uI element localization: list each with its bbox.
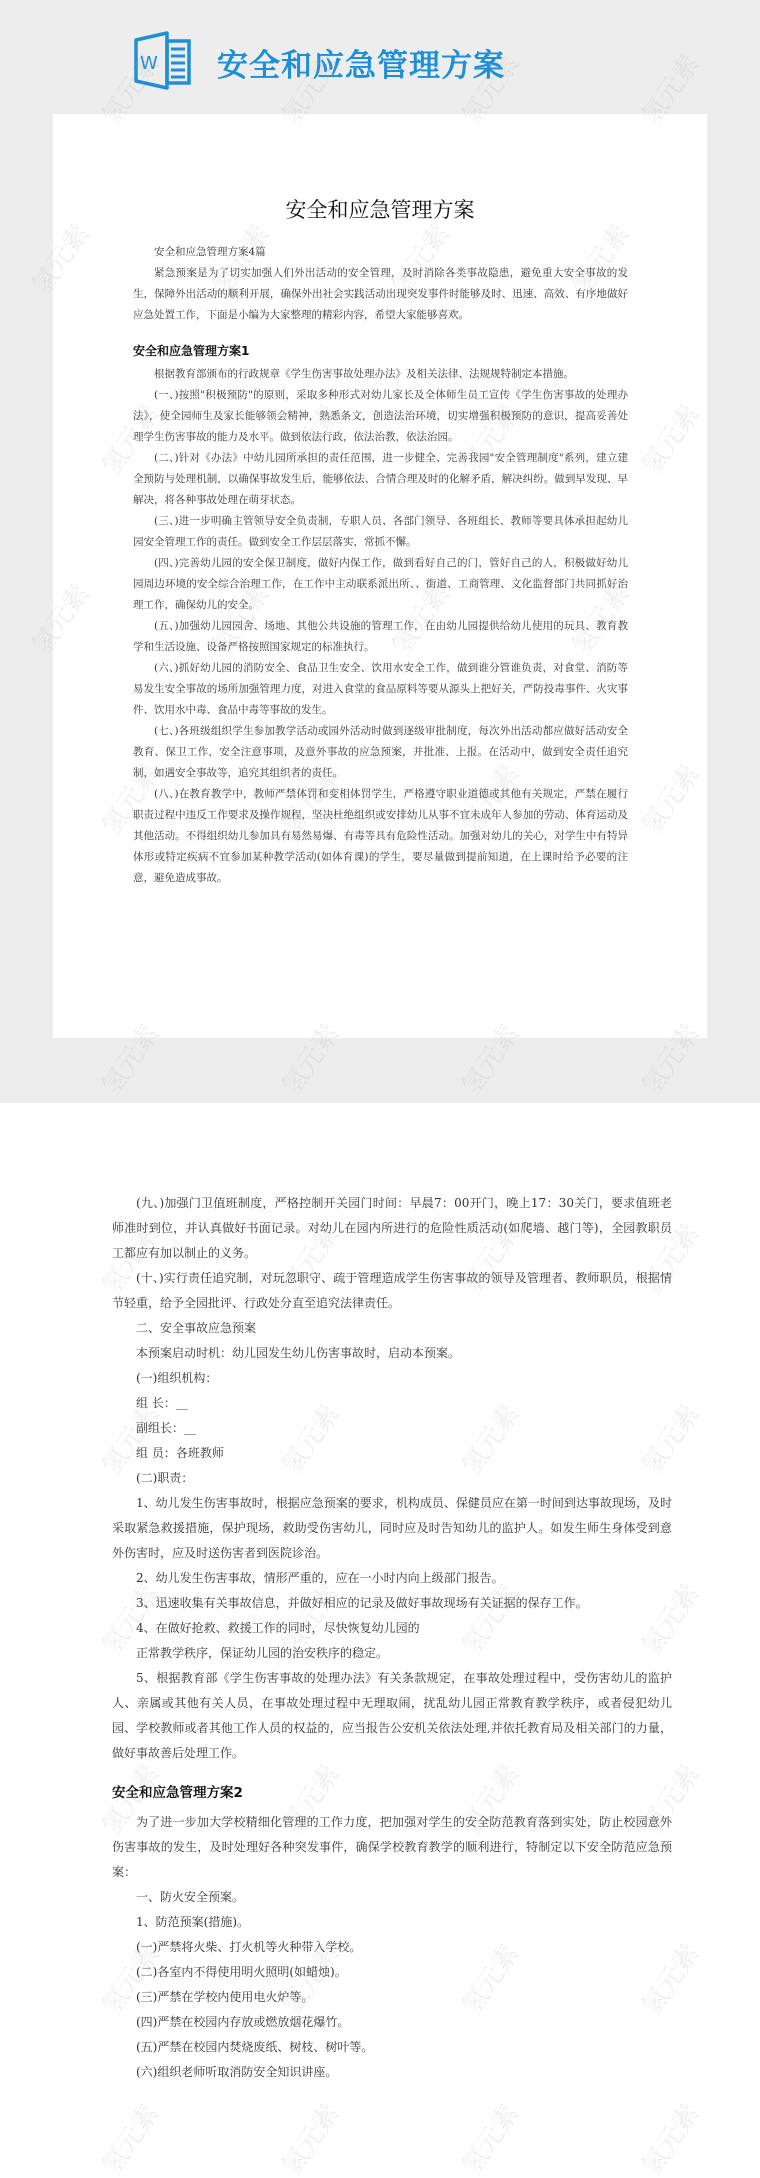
page-1-body: 安全和应急管理方案4篇 紧急预案是为了切实加强人们外出活动的安全管理，及时消除各…: [133, 242, 628, 889]
paragraph: (三、)进一步明确主管领导安全负责制，专职人员、各部门领导、各班组长、教师等要具…: [133, 511, 628, 553]
fire-safety-title: 一、防火安全预案。: [112, 1885, 672, 1910]
document-title: 安全和应急管理方案: [53, 194, 707, 224]
svg-text:W: W: [140, 53, 158, 74]
header-title: 安全和应急管理方案: [217, 40, 505, 85]
section-2-title: 二、安全事故应急预案: [112, 1316, 672, 1341]
duty-item: 1、幼儿发生伤害事故时，根据应急预案的要求，机构成员、保健员应在第一时间到达事故…: [112, 1491, 672, 1566]
measure-item: (四)严禁在校园内存放或燃放烟花爆竹。: [112, 2010, 672, 2035]
document-page-1: 安全和应急管理方案 安全和应急管理方案4篇 紧急预案是为了切实加强人们外出活动的…: [53, 114, 707, 1038]
duty-item: 4、在做好抢救、救援工作的同时，尽快恢复幼儿园的: [112, 1616, 672, 1641]
paragraph: (八、)在教育教学中，教师严禁体罚和变相体罚学生，严格遵守职业道德或其他有关规定…: [133, 784, 628, 889]
measures-title: 1、防范预案(措施)。: [112, 1910, 672, 1935]
page-2-body: (九、)加强门卫值班制度，严格控制开关园门时间：早晨7：00开门，晚上17：30…: [112, 1191, 672, 2085]
duty-item: 5、根据教育部《学生伤害事故的处理办法》有关条款规定，在事故处理过程中，受伤害幼…: [112, 1666, 672, 1766]
intro-label: 安全和应急管理方案4篇: [133, 242, 628, 263]
measure-item: (五)严禁在校园内焚烧废纸、树枝、树叶等。: [112, 2035, 672, 2060]
duty-item: 3、迅速收集有关事故信息，并做好相应的记录及做好事故现场有关证据的保存工作。: [112, 1591, 672, 1616]
paragraph: (四、)完善幼儿园的安全保卫制度，做好内保工作，做到看好自己的门，管好自己的人，…: [133, 553, 628, 616]
intro-paragraph: 紧急预案是为了切实加强人们外出活动的安全管理，及时消除各类事故隐患，避免重大安全…: [133, 263, 628, 326]
org-label: (一)组织机构：: [112, 1366, 672, 1391]
document-page-2: (九、)加强门卫值班制度，严格控制开关园门时间：早晨7：00开门，晚上17：30…: [0, 1103, 760, 2178]
members-line: 组 员：各班教师: [112, 1441, 672, 1466]
paragraph: (七、)各班级组织学生参加教学活动或园外活动时做到逐级审批制度，每次外出活动都应…: [133, 721, 628, 784]
measure-item: (二)各室内不得使用明火照明(如蜡烛)。: [112, 1960, 672, 1985]
paragraph: (九、)加强门卫值班制度，严格控制开关园门时间：早晨7：00开门，晚上17：30…: [112, 1191, 672, 1266]
paragraph: (十、)实行责任追究制，对玩忽职守、疏于管理造成学生伤害事故的领导及管理者、教师…: [112, 1266, 672, 1316]
duty-item: 2、幼儿发生伤害事故，情形严重的，应在一小时内向上级部门报告。: [112, 1566, 672, 1591]
duty-item-continued: 正常教学秩序，保证幼儿园的治安秩序的稳定。: [112, 1641, 672, 1666]
word-document-icon: W: [133, 28, 197, 96]
section-heading-1: 安全和应急管理方案1: [133, 340, 628, 362]
paragraph: (六、)抓好幼儿园的消防安全、食品卫生安全、饮用水安全工作，做到谁分管谁负责，对…: [133, 658, 628, 721]
paragraph: (一、)按照"积极预防"的原则，采取多种形式对幼儿家长及全体师生员工宣传《学生伤…: [133, 385, 628, 448]
leader-line: 组 长：__: [112, 1391, 672, 1416]
measure-item: (六)组织老师听取消防安全知识讲座。: [112, 2060, 672, 2085]
header: W 安全和应急管理方案: [133, 30, 505, 94]
paragraph: 根据教育部颁布的行政规章《学生伤害事故处理办法》及相关法律、法规规特制定本措施。: [133, 364, 628, 385]
measure-item: (一)严禁将火柴、打火机等火种带入学校。: [112, 1935, 672, 1960]
duties-label: (二)职责：: [112, 1466, 672, 1491]
paragraph: (二、)针对《办法》中幼儿园所承担的责任范围，进一步健全、完善我园"安全管理制度…: [133, 448, 628, 511]
section-heading-2: 安全和应急管理方案2: [112, 1780, 672, 1806]
vice-leader-line: 副组长：__: [112, 1416, 672, 1441]
paragraph: (五、)加强幼儿园园舍、场地、其他公共设施的管理工作，在由幼儿园提供给幼儿使用的…: [133, 616, 628, 658]
measure-item: (三)严禁在学校内使用电火炉等。: [112, 1985, 672, 2010]
plan-2-intro: 为了进一步加大学校精细化管理的工作力度，把加强对学生的安全防范教育落到实处，防止…: [112, 1810, 672, 1885]
start-condition: 本预案启动时机：幼儿园发生幼儿伤害事故时，启动本预案。: [112, 1341, 672, 1366]
